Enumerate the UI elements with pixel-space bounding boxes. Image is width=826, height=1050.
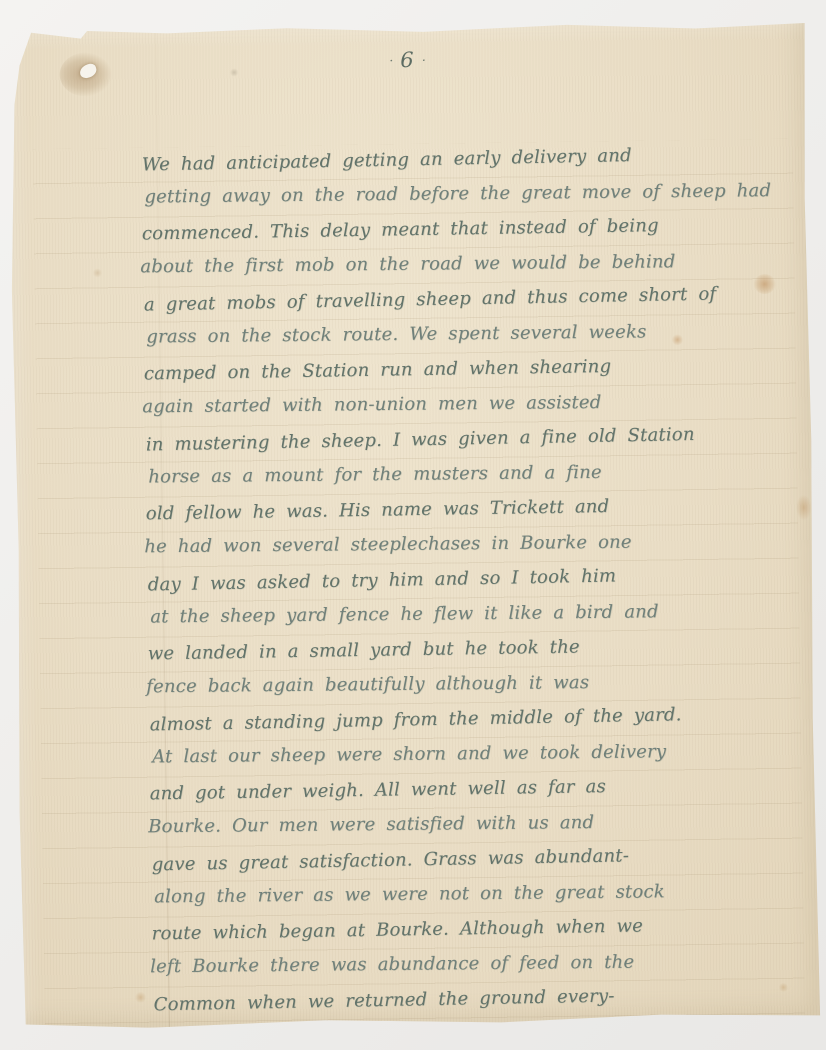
page-number-mark: .: [382, 50, 400, 65]
manuscript-text: We had anticipated getting an early deli…: [141, 137, 809, 1021]
page-number-value: 6: [400, 48, 415, 72]
scanned-page: .6. We had anticipated getting an early …: [7, 18, 821, 1031]
page-number-mark: .: [415, 50, 433, 65]
page-number: .6.: [7, 42, 807, 77]
foxing-spot: [92, 268, 102, 277]
